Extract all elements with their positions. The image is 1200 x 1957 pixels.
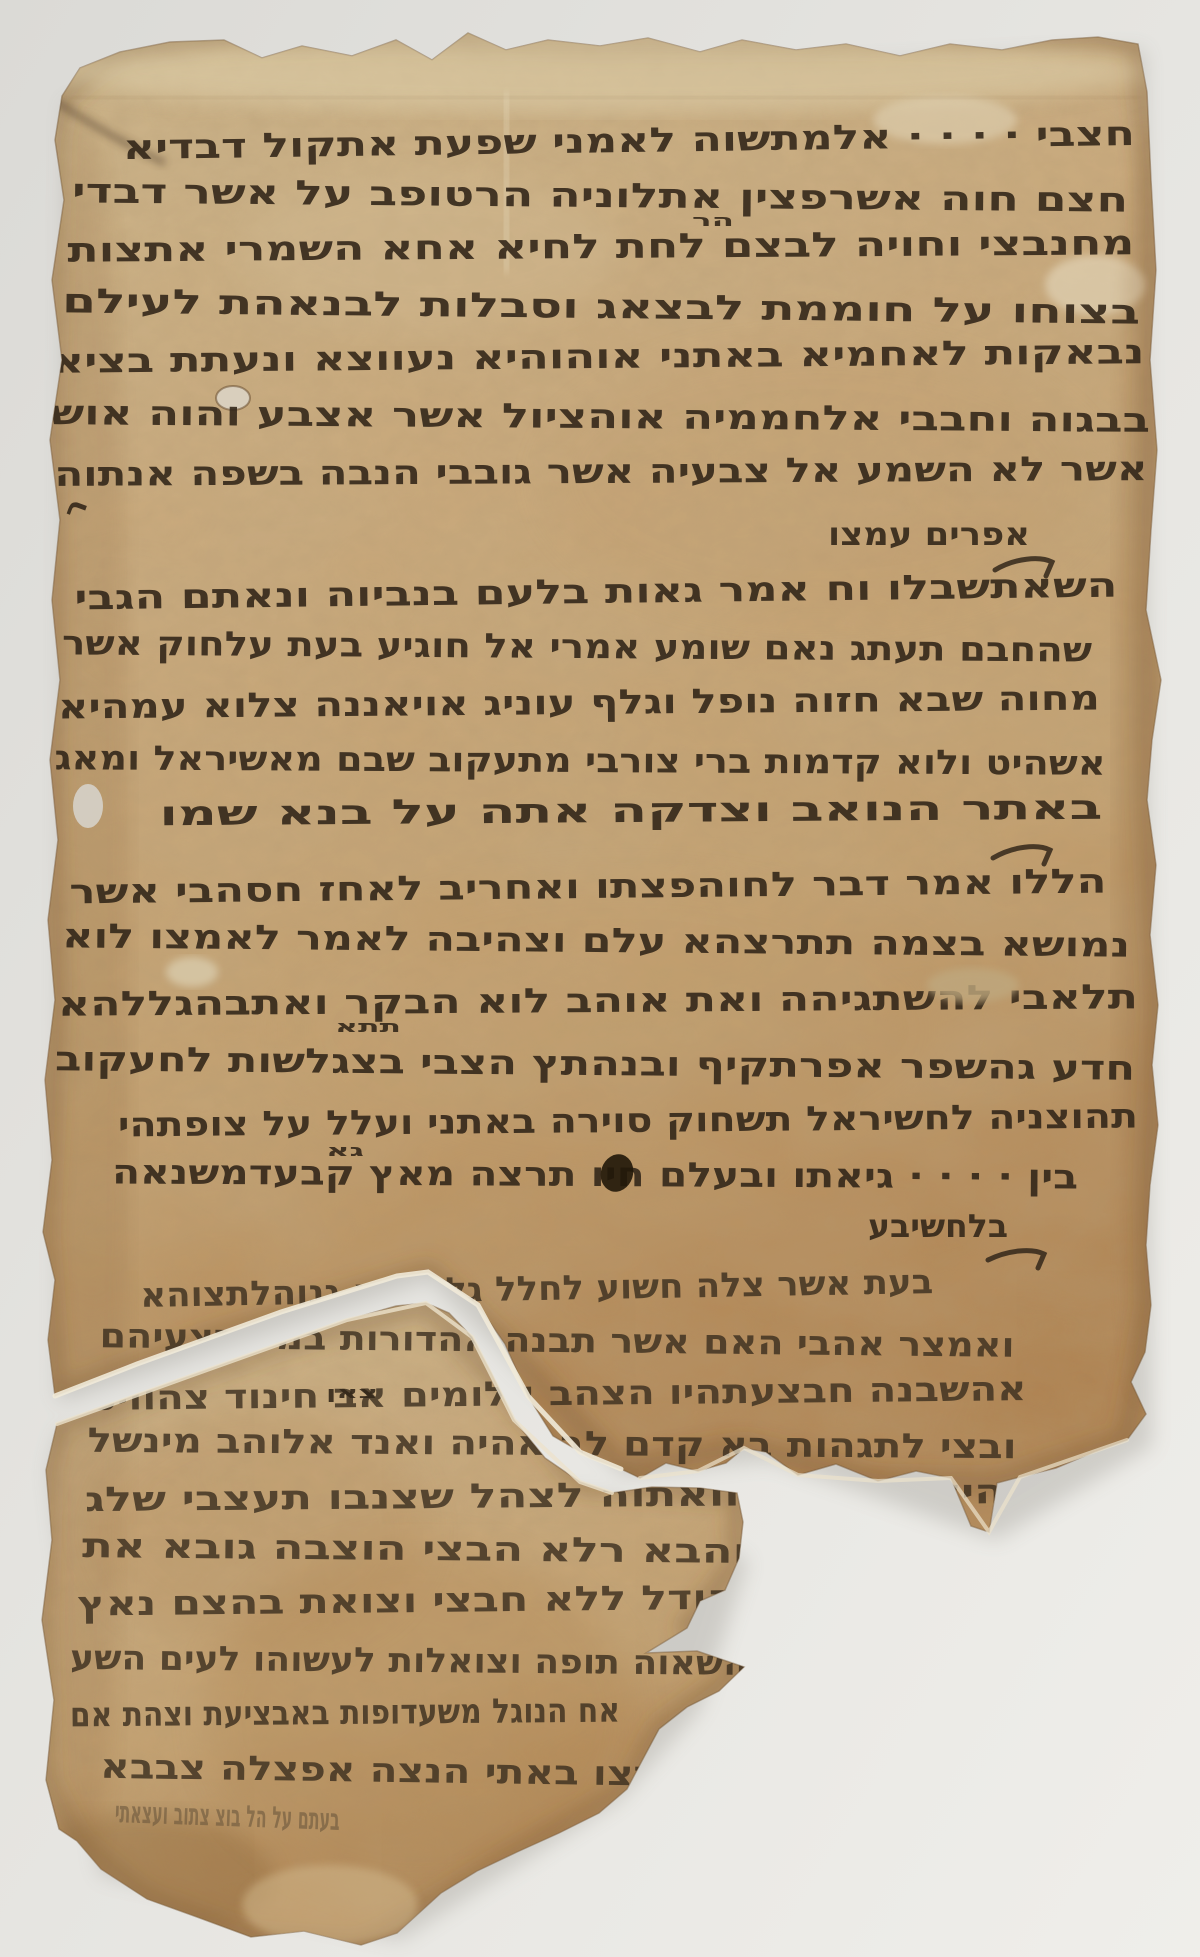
text-line: בין · · · · גיאתו ובעלם חיו תרצה מאץ קבע… xyxy=(112,1152,1078,1197)
scribal-insertion: תתא xyxy=(335,1017,401,1036)
erased-word-patch xyxy=(927,968,1019,1002)
text-line: מחנבצי וחויה לבצם לחת לחיא אחא השמרי אתצ… xyxy=(67,223,1134,270)
text-line: אח הנוגל משעדופות באבציעת וצהת אם xyxy=(70,1691,620,1736)
text-line: בבגוה וחבבי אלחממיה אוהציול אשר אצבע והו… xyxy=(50,393,1150,441)
worn-pale-area xyxy=(242,1865,418,1945)
text-line-short: אפרים עמצו xyxy=(828,515,1030,553)
text-line: והבא רלא הבצי הוצבה גובא את xyxy=(82,1526,748,1572)
edge-loss-spot xyxy=(73,784,103,828)
text-line: באתר הנואב וצדקה אתה על בנא שמו xyxy=(159,788,1102,835)
horizontal-fold-line xyxy=(70,96,1140,99)
scribal-insertion: הר xyxy=(692,211,734,230)
scribal-insertion: צאן xyxy=(326,1383,378,1402)
text-line: והבצו באתי הנצה אפצלה צבבא xyxy=(100,1747,701,1795)
photograph-of-papyrus: חצבי · · · · אלמתשוה לאמני שפעת אתקול דב… xyxy=(0,0,1200,1957)
text-line-short: בלחשיבע xyxy=(868,1207,1008,1245)
papyrus-photo-canvas: חצבי · · · · אלמתשוה לאמני שפעת אתקול דב… xyxy=(0,0,1200,1957)
abrasion-spot xyxy=(166,957,218,987)
text-line: צהודל ללא חבצי וצואת בהצם נאץ xyxy=(77,1577,764,1624)
scribal-insertion: גא xyxy=(326,1141,364,1160)
text-line: אשהיט ולוא קדמות ברי צורבי מתעקוב שבם מא… xyxy=(54,738,1105,784)
text-line: אשר לא השמע אל צבעיה אשר גובבי הנבה בשפה… xyxy=(54,449,1147,495)
text-line: שהחבם תעתג נאם שומע אמרי אל חוגיע בעת על… xyxy=(62,623,1092,670)
